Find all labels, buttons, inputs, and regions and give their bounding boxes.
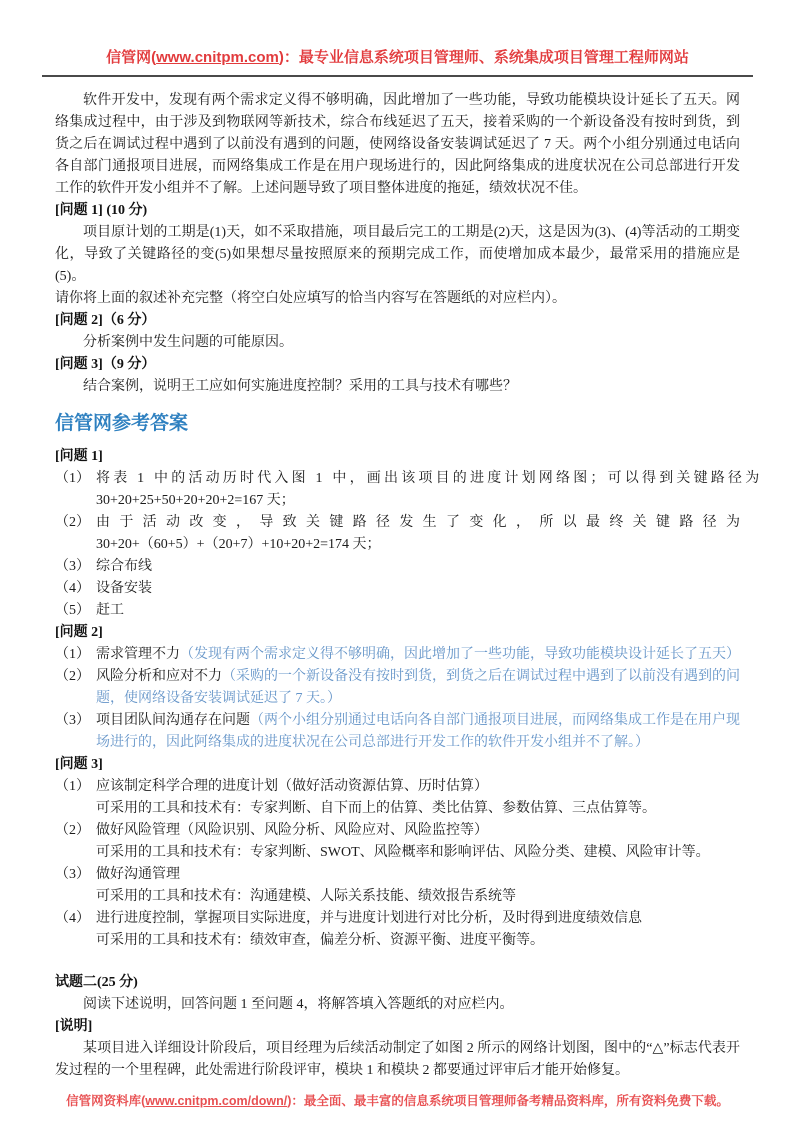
question2-title: [问题 2]（6 分） <box>55 310 740 332</box>
answer-item: （1） 将表 1 中的活动历时代入图 1 中，画出该项目的进度计划网络图；可以得… <box>55 468 740 512</box>
item-number: （4） <box>55 908 96 952</box>
answer-tools: 可采用的工具和技术有：绩效审查，偏差分析、资源平衡、进度平衡等。 <box>96 930 740 952</box>
answer-q1-title: [问题 1] <box>55 446 740 468</box>
answer-item: （1） 需求管理不力（发现有两个需求定义得不够明确，因此增加了一些功能，导致功能… <box>55 644 740 666</box>
answer-item: （5） 赶工 <box>55 600 740 622</box>
answer-text: 综合布线 <box>96 556 740 578</box>
site-header: 信管网(www.cnitpm.com)：最专业信息系统项目管理师、系统集成项目管… <box>55 48 740 68</box>
header-site-link[interactable]: www.cnitpm.com <box>156 49 279 66</box>
item-number: （3） <box>55 864 96 908</box>
answer-item: （3） 项目团队间沟通存在问题（两个小组分别通过电话向各自部门通报项目进展，而网… <box>55 710 740 754</box>
item-number: （2） <box>55 666 96 710</box>
question3-title: [问题 3]（9 分） <box>55 354 740 376</box>
question1-body: 项目原计划的工期是(1)天，如不采取措施，项目最后完工的工期是(2)天，这是因为… <box>55 222 740 288</box>
case-intro-paragraph: 软件开发中，发现有两个需求定义得不够明确，因此增加了一些功能，导致功能模块设计延… <box>55 90 740 200</box>
answer-text: 设备安装 <box>96 578 740 600</box>
answer-item: （2） 做好风险管理（风险识别、风险分析、风险应对、风险监控等） 可采用的工具和… <box>55 820 740 864</box>
section2-description: 某项目进入详细设计阶段后，项目经理为后续活动制定了如图 2 所示的网络计划图，图… <box>55 1038 740 1082</box>
answer-lead: 风险分析和应对不力 <box>96 669 222 684</box>
answer-item: （4） 进行进度控制，掌握项目实际进度，并与进度计划进行对比分析，及时得到进度绩… <box>55 908 740 952</box>
footer-download-link[interactable]: www.cnitpm.com/down/ <box>145 1094 287 1108</box>
item-number: （1） <box>55 776 96 820</box>
answer-text: 由于活动改变，导致关键路径发生了变化，所以最终关键路径为 30+20+（60+5… <box>96 512 740 556</box>
item-number: （1） <box>55 644 96 666</box>
site-footer: 信管网资料库(www.cnitpm.com/down/)：最全面、最丰富的信息系… <box>55 1092 740 1110</box>
section2-intro: 阅读下述说明，回答问题 1 至问题 4，将解答填入答题纸的对应栏内。 <box>55 994 740 1016</box>
answer-tools: 可采用的工具和技术有：专家判断、自下而上的估算、类比估算、参数估算、三点估算等。 <box>96 798 740 820</box>
answer-item: （2） 由于活动改变，导致关键路径发生了变化，所以最终关键路径为 30+20+（… <box>55 512 740 556</box>
document-page: 信管网(www.cnitpm.com)：最专业信息系统项目管理师、系统集成项目管… <box>0 0 793 1122</box>
answer-item: （1） 应该制定科学合理的进度计划（做好活动资源估算、历时估算） 可采用的工具和… <box>55 776 740 820</box>
footer-suffix: )：最全面、最丰富的信息系统项目管理师备考精品资料库，所有资料免费下载。 <box>287 1094 729 1108</box>
header-divider <box>42 75 753 77</box>
footer-prefix: 信管网资料库( <box>66 1094 145 1108</box>
answer-item: （4） 设备安装 <box>55 578 740 600</box>
answer-text: 应该制定科学合理的进度计划（做好活动资源估算、历时估算） <box>96 776 740 798</box>
item-number: （4） <box>55 578 96 600</box>
answer-item: （2） 风险分析和应对不力（采购的一个新设备没有按时到货，到货之后在调试过程中遇… <box>55 666 740 710</box>
item-number: （2） <box>55 820 96 864</box>
answer-lead: 需求管理不力 <box>96 647 180 662</box>
answer-item: （3） 做好沟通管理 可采用的工具和技术有：沟通建模、人际关系技能、绩效报告系统… <box>55 864 740 908</box>
answer-lead: 项目团队间沟通存在问题 <box>96 713 250 728</box>
answer-text: 做好风险管理（风险识别、风险分析、风险应对、风险监控等） <box>96 820 740 842</box>
header-suffix: )：最专业信息系统项目管理师、系统集成项目管理工程师网站 <box>279 49 689 66</box>
section2-title: 试题二(25 分) <box>55 972 740 994</box>
answer-q2-title: [问题 2] <box>55 622 740 644</box>
question1-title: [问题 1] (10 分) <box>55 200 740 222</box>
item-number: （5） <box>55 600 96 622</box>
answer-q3-title: [问题 3] <box>55 754 740 776</box>
answer-tools: 可采用的工具和技术有：沟通建模、人际关系技能、绩效报告系统等 <box>96 886 740 908</box>
item-number: （1） <box>55 468 96 512</box>
answer-item: （3） 综合布线 <box>55 556 740 578</box>
answer-text: 进行进度控制，掌握项目实际进度，并与进度计划进行对比分析，及时得到进度绩效信息 <box>96 908 740 930</box>
item-number: （3） <box>55 556 96 578</box>
answer-tools: 可采用的工具和技术有：专家判断、SWOT、风险概率和影响评估、风险分类、建模、风… <box>96 842 740 864</box>
answer-text: 将表 1 中的活动历时代入图 1 中，画出该项目的进度计划网络图；可以得到关键路… <box>96 468 762 490</box>
question1-instruction: 请你将上面的叙述补充完整（将空白处应填写的恰当内容写在答题纸的对应栏内）。 <box>55 288 740 310</box>
answer-note: （发现有两个需求定义得不够明确，因此增加了一些功能，导致功能模块设计延长了五天） <box>180 647 740 662</box>
section2-note-label: [说明] <box>55 1016 740 1038</box>
answer-text: 赶工 <box>96 600 740 622</box>
item-number: （3） <box>55 710 96 754</box>
item-number: （2） <box>55 512 96 556</box>
reference-answer-heading: 信管网参考答案 <box>55 411 740 437</box>
answer-text: 30+20+25+50+20+20+2=167 天； <box>96 493 295 508</box>
question3-body: 结合案例，说明王工应如何实施进度控制？采用的工具与技术有哪些？ <box>55 376 740 398</box>
section2: 试题二(25 分) 阅读下述说明，回答问题 1 至问题 4，将解答填入答题纸的对… <box>55 972 740 1082</box>
question2-body: 分析案例中发生问题的可能原因。 <box>55 332 740 354</box>
answer-text: 做好沟通管理 <box>96 864 740 886</box>
header-prefix: 信管网( <box>106 49 156 66</box>
